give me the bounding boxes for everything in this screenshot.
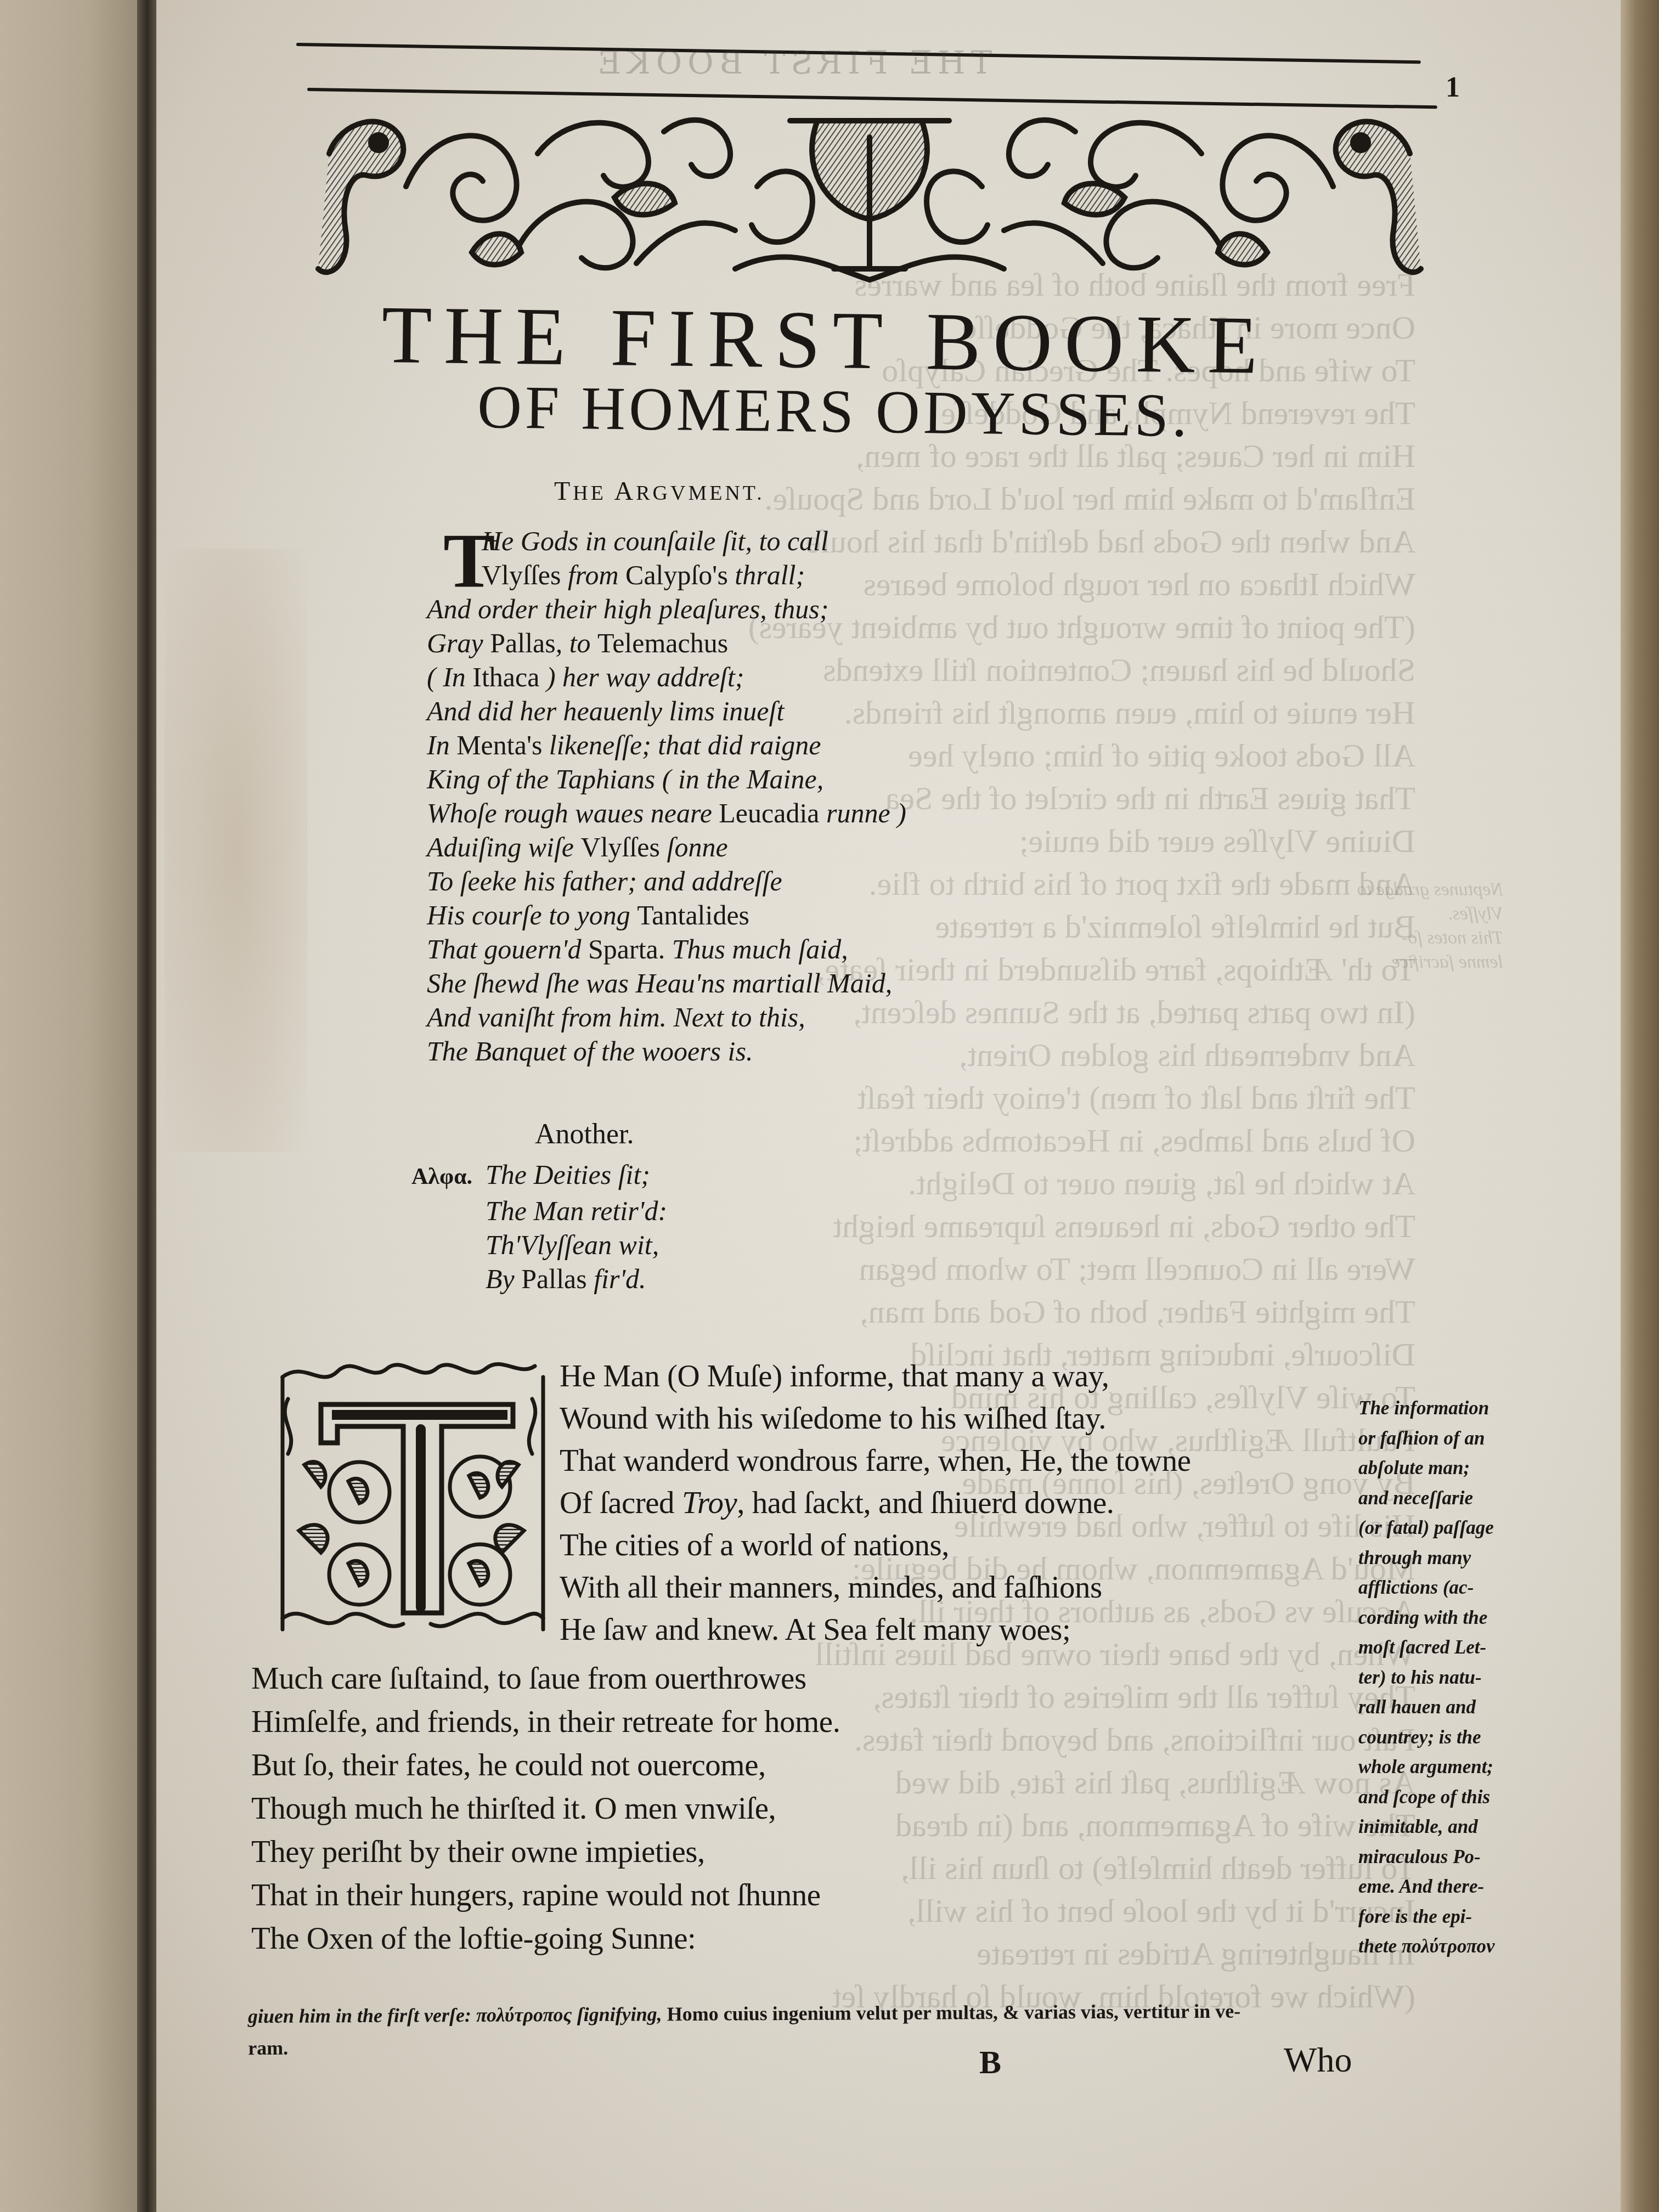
book-gutter xyxy=(137,0,159,2212)
bleed-line: Of buls and lambes, in Hecatombs addreſt… xyxy=(757,1119,1415,1162)
verse-line: That in their hungers, rapine would not … xyxy=(251,1874,840,1917)
bleed-line: Incurr'd it by the looſe bent of his wil… xyxy=(757,1889,1415,1932)
verse-line: They periſht by their owne impieties, xyxy=(251,1830,840,1874)
bleed-line: Were all in Councell met; To whom began xyxy=(757,1248,1415,1290)
verse-line: He Man (O Muſe) informe, that many a way… xyxy=(560,1355,1190,1397)
bleed-through-notes: Neptunes grudge to Vlyſſes.This notes ſo… xyxy=(1339,878,1503,974)
note-line: fore is the epi- xyxy=(1358,1902,1523,1932)
verse-line: Whoſe rough waues neare Leucadia runne ) xyxy=(427,796,975,830)
bleed-note: lemne ſacrifice xyxy=(1339,950,1503,974)
verse-line: King of the Taphians ( in the Maine, xyxy=(427,762,975,796)
water-stain xyxy=(165,549,307,1152)
note-line: moſt ſacred Let- xyxy=(1358,1633,1523,1663)
poem-opening-lines: He Man (O Muſe) informe, that many a way… xyxy=(560,1355,1190,1651)
bleed-line: Paſt our inflictions, and beyond their f… xyxy=(757,1718,1415,1761)
note-line: rall hauen and xyxy=(1358,1692,1523,1723)
verse-line: Vlyſſes from Calypſo's thrall; xyxy=(427,558,975,592)
verse-line: Of ſacred Troy, had ſackt, and ſhiuerd d… xyxy=(560,1482,1190,1524)
verse-line: ( In Ithaca ) her way addreſt; xyxy=(427,660,975,694)
bleed-line: The other Gods, in heauens ſupreame heig… xyxy=(757,1205,1415,1248)
floriated-initial-t-icon xyxy=(272,1355,551,1640)
poem-continued-lines: Much care ſuſtaind, to ſaue from ouerthr… xyxy=(251,1657,840,1960)
verse-line: Much care ſuſtaind, to ſaue from ouerthr… xyxy=(251,1657,840,1700)
verse-line: To ſeeke his father; and addreſſe xyxy=(427,864,975,898)
facing-page-edge xyxy=(0,0,159,2212)
verse-line: That gouern'd Sparta. Thus much ſaid, xyxy=(427,932,975,966)
note-line: inimitable, and xyxy=(1358,1812,1523,1842)
verse-line: Wound with his wiſedome to his wiſhed ſt… xyxy=(560,1397,1190,1440)
verse-line: He Gods in counſaile ſit, to call xyxy=(427,524,975,558)
folio-number: 1 xyxy=(1446,71,1460,104)
footnote-italic: giuen him in the firſt verſe: πολύτροπος… xyxy=(248,2003,662,2027)
verse-line: The cities of a world of nations, xyxy=(560,1524,1190,1566)
verse-line: He ſaw and knew. At Sea felt many woes; xyxy=(560,1609,1190,1651)
bleed-line: At which he ſat, giuen ouer to Delight. xyxy=(757,1162,1415,1205)
note-line: and ſcope of this xyxy=(1358,1782,1523,1813)
verse-line: Th'Vlyſſean wit, xyxy=(411,1228,667,1262)
note-line: abſolute man; xyxy=(1358,1453,1523,1483)
note-line: The information xyxy=(1358,1393,1523,1424)
signature-mark: B xyxy=(979,2044,1001,2081)
note-line: countrey; is the xyxy=(1358,1723,1523,1753)
headpiece-ornament-icon xyxy=(307,88,1432,296)
verse-line: Himſelfe, and friends, in their retreate… xyxy=(251,1700,840,1743)
argument-verse: T He Gods in counſaile ſit, to callVlyſſ… xyxy=(427,524,975,1068)
marginal-note: The informationor faſhion of anabſolute … xyxy=(1358,1393,1523,1962)
note-line: (or fatal) paſſage xyxy=(1358,1513,1523,1543)
bleed-line: Enflam'd to make him her lou'd Lord and … xyxy=(757,477,1415,520)
bleed-line: In ſlaughtering Atrides in retreate xyxy=(757,1932,1415,1975)
book-subtitle: OF HOMERS ODYSSES. xyxy=(394,373,1273,450)
verse-line: With all their manners, mindes, and faſh… xyxy=(560,1566,1190,1609)
running-head-bleed: THE FIRST BOOKE xyxy=(592,44,992,81)
verse-line: That wanderd wondrous farre, when, He, t… xyxy=(560,1440,1190,1482)
note-line: eme. And there- xyxy=(1358,1872,1523,1902)
verse-line: Gray Pallas, to Telemachus xyxy=(427,626,975,660)
bleed-line: To ſuffer death himſelfe) to ſhun his il… xyxy=(757,1847,1415,1889)
note-line: whole argument; xyxy=(1358,1752,1523,1782)
verse-line: She ſhewd ſhe was Heau'ns martiall Maid, xyxy=(427,966,975,1000)
note-line: afflictions (ac- xyxy=(1358,1573,1523,1603)
verse-line: The Oxen of the loftie-going Sunne: xyxy=(251,1917,840,1960)
verse-line: Aduiſing wiſe Vlyſſes ſonne xyxy=(427,830,975,864)
verse-line: The Banquet of the wooers is. xyxy=(427,1034,975,1068)
another-heading: Another. xyxy=(535,1118,634,1150)
note-line: and neceſſarie xyxy=(1358,1483,1523,1514)
bleed-line: The firſt and laſt of men) t'enioy their… xyxy=(757,1076,1415,1119)
verse-line: But ſo, their fates, he could not ouerco… xyxy=(251,1743,840,1787)
note-line: or faſhion of an xyxy=(1358,1424,1523,1454)
bleed-line: The wife of Agamemnon, and (in dread xyxy=(757,1804,1415,1847)
note-line: cording with the xyxy=(1358,1603,1523,1633)
note-line: through many xyxy=(1358,1543,1523,1573)
note-line: miraculous Po- xyxy=(1358,1842,1523,1872)
catchword: Who xyxy=(1284,2040,1352,2080)
verse-line: His courſe to yong Tantalides xyxy=(427,898,975,932)
alpha-label: Αλφα. xyxy=(411,1160,486,1194)
argument-drop-cap: T xyxy=(443,525,495,596)
bleed-note: Neptunes grudge to Vlyſſes. xyxy=(1339,878,1503,926)
page-fore-edge xyxy=(1621,0,1659,2212)
verse-line: Αλφα.The Deities ſit; xyxy=(411,1158,667,1194)
verse-line: And did her heauenly lims inueſt xyxy=(427,694,975,728)
alpha-verse: Αλφα.The Deities ſit;The Man retir'd:Th'… xyxy=(411,1158,667,1296)
bleed-line: The mightie Father, both of God and man, xyxy=(757,1290,1415,1333)
note-line: ter) to his natu- xyxy=(1358,1663,1523,1693)
argument-heading: THE ARGVMENT. xyxy=(554,476,765,506)
bleed-line: As now Ægiſthus, paſt his fate, did wed xyxy=(757,1761,1415,1804)
bleed-line: They ſuffer all the miſeries of their ſt… xyxy=(757,1675,1415,1718)
verse-line: The Man retir'd: xyxy=(411,1194,667,1228)
note-line: thete πολύτροπον xyxy=(1358,1932,1523,1962)
verse-line: Though much he thirſted it. O men vnwiſe… xyxy=(251,1787,840,1830)
bleed-note: This notes ſo- xyxy=(1339,926,1503,950)
verse-line: And order their high pleaſures, thus; xyxy=(427,592,975,626)
verse-line: By Pallas fir'd. xyxy=(411,1262,667,1296)
footnote-latin: Homo cuius ingenium velut per multas, & … xyxy=(662,2000,1241,2025)
verse-line: In Menta's likeneſſe; that did raigne xyxy=(427,728,975,762)
verse-line: And vaniſht from him. Next to this, xyxy=(427,1000,975,1034)
